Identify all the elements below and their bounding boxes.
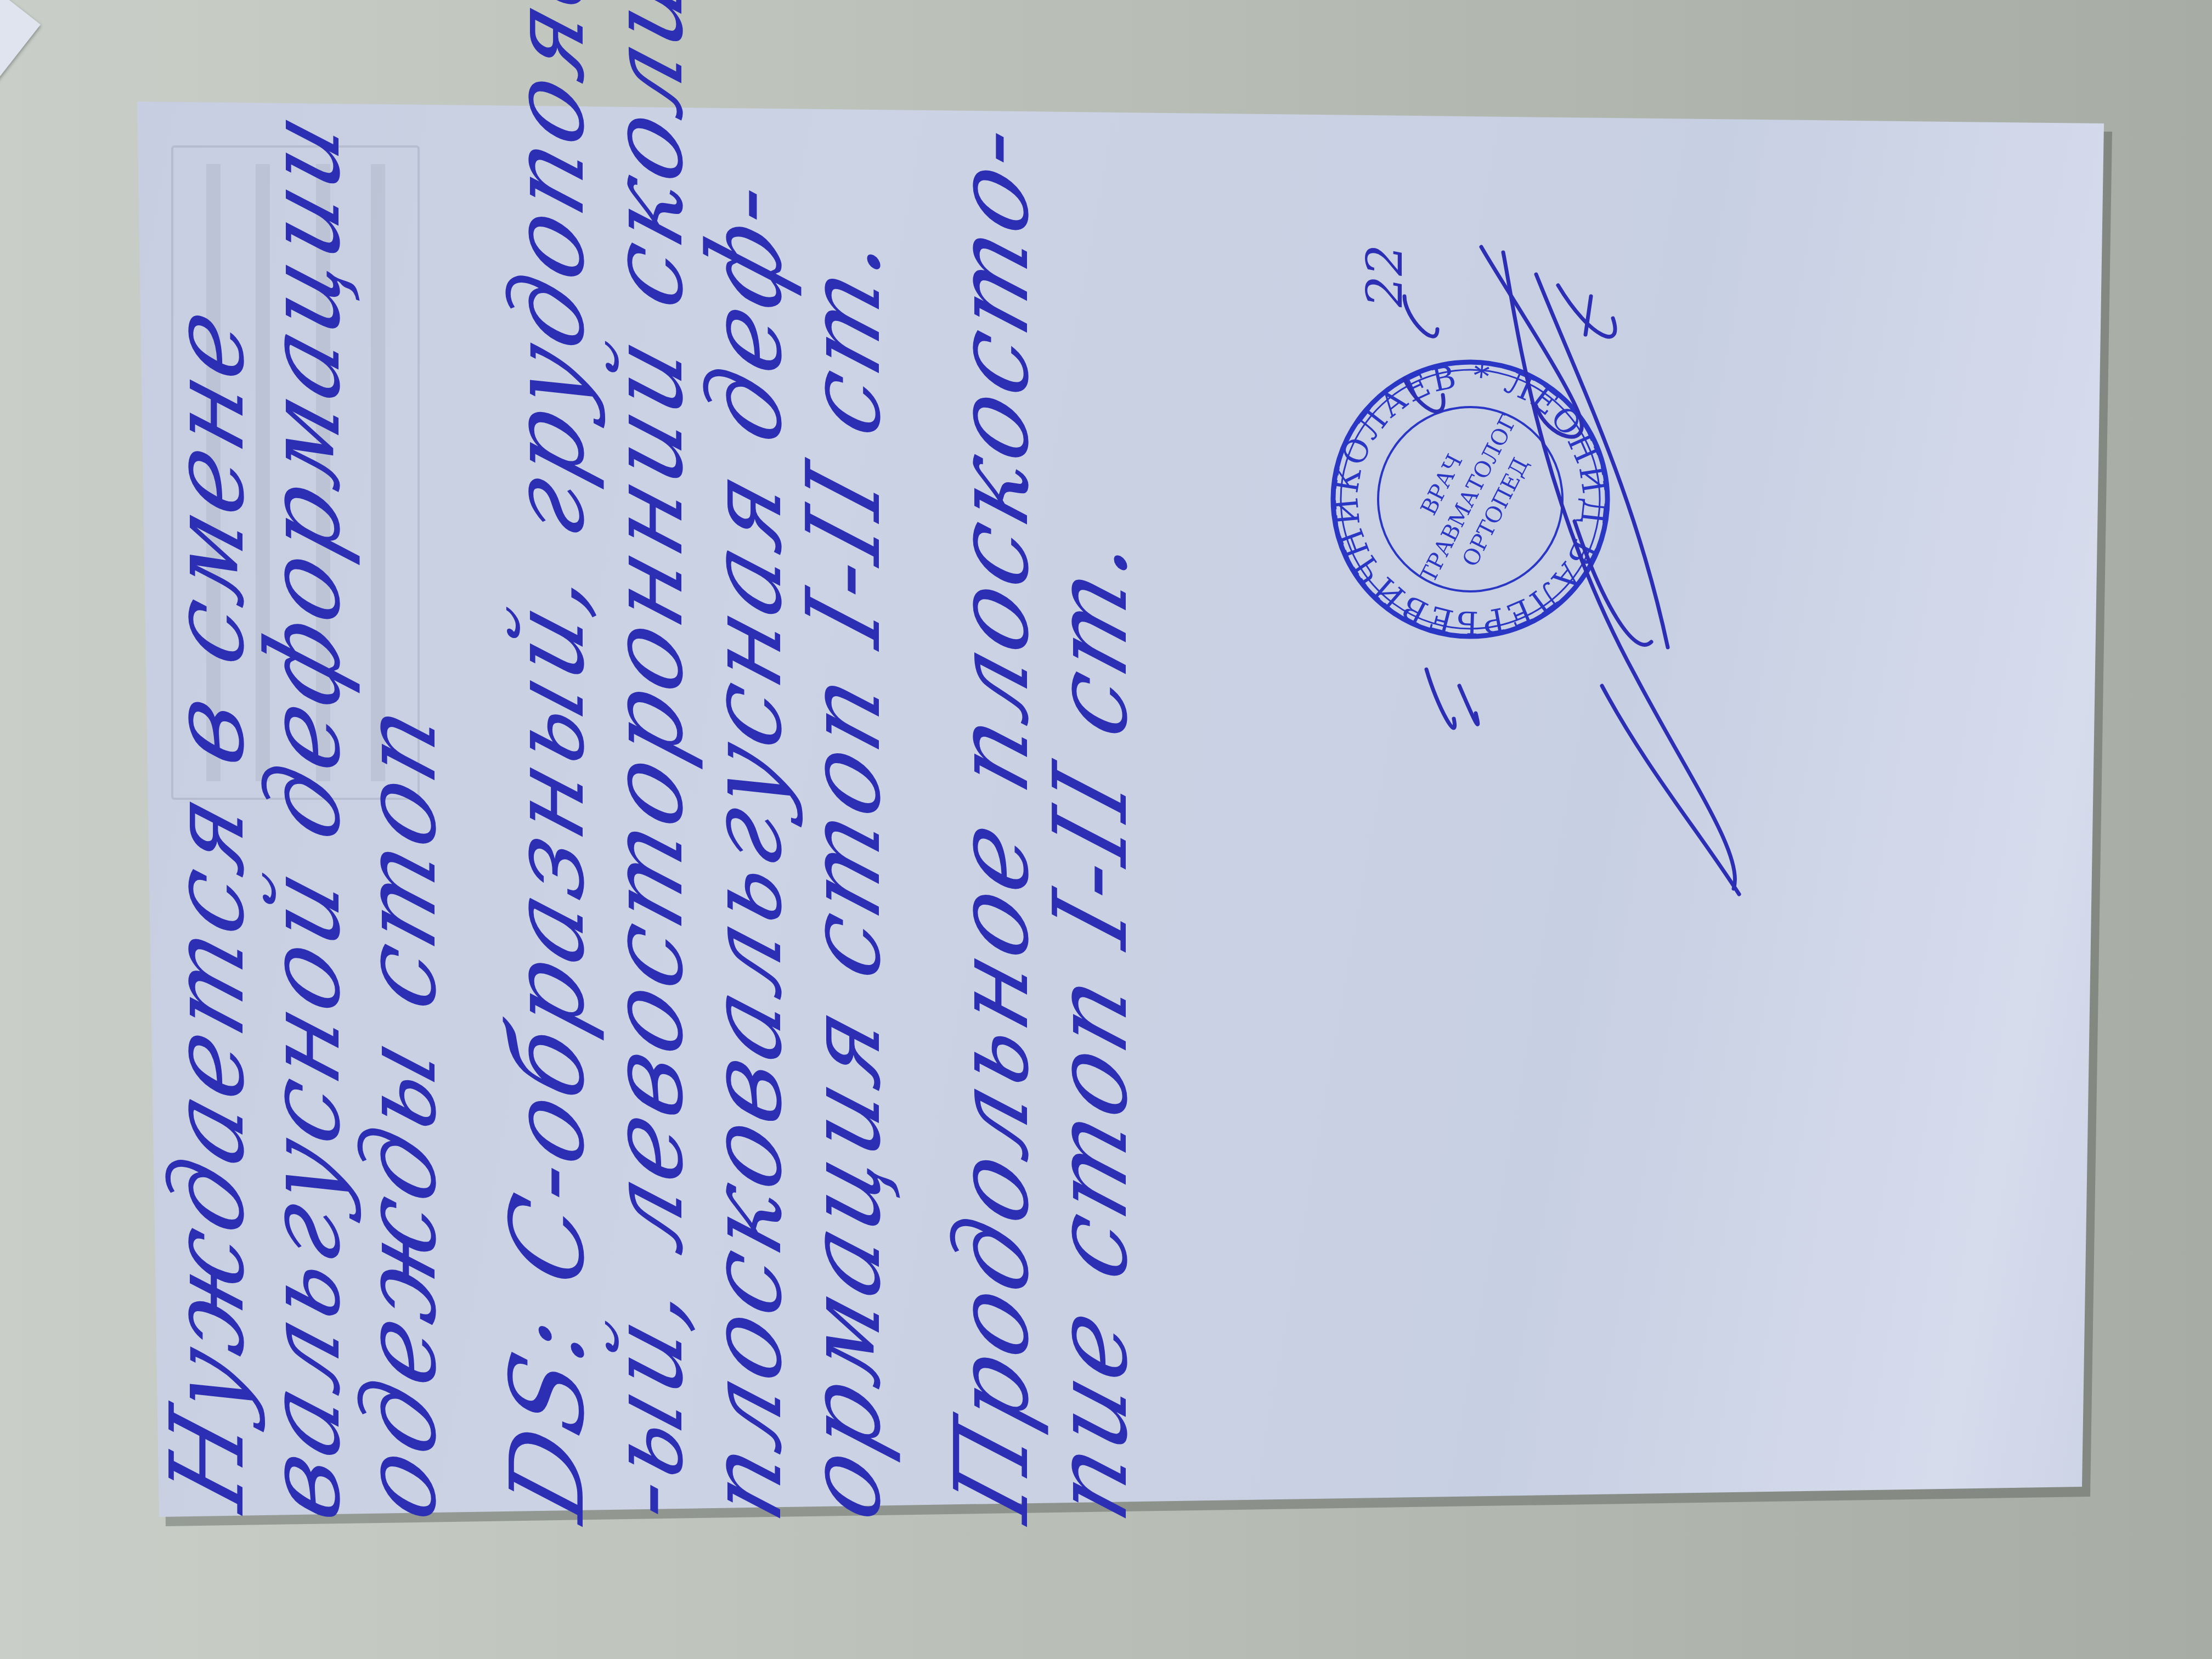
handwritten-text: Нуждается в смене вальгусной деформации …: [148, 143, 1190, 1514]
text-line: одежды стоп: [340, 687, 459, 1533]
text-line: пие стоп I-II ст.: [1031, 513, 1150, 1534]
text-line: ормация стоп I-II ст.: [785, 212, 903, 1533]
